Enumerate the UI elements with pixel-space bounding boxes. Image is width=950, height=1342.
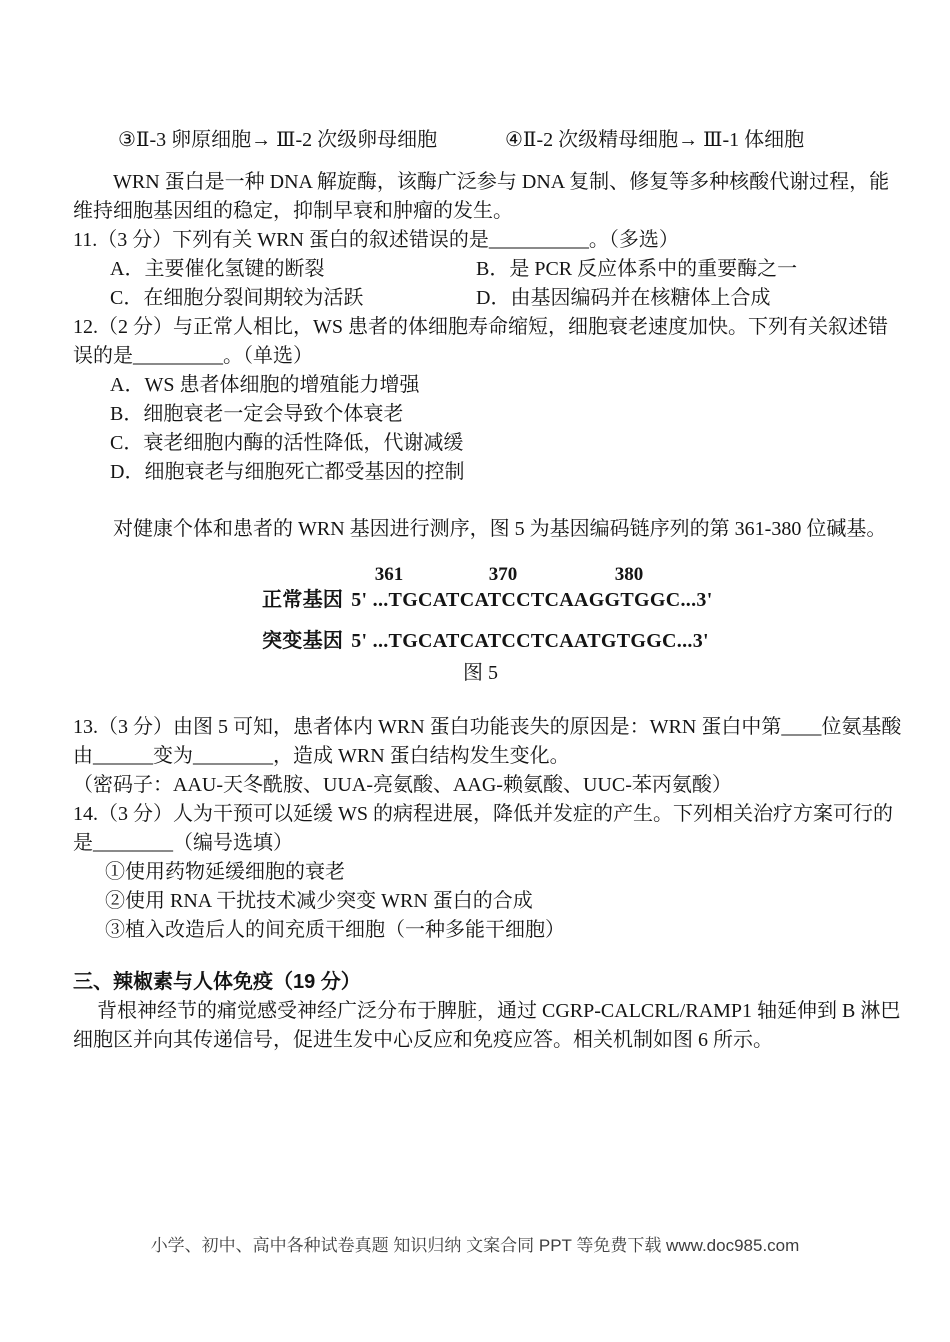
question-11-option-b: B．是 PCR 反应体系中的重要酶之一 — [476, 255, 868, 284]
question-13-line-2: 由______变为________，造成 WRN 蛋白结构发生变化。 — [73, 742, 868, 771]
question-11-options: A．主要催化氢键的断裂 B．是 PCR 反应体系中的重要酶之一 C．在细胞分裂间… — [110, 255, 868, 313]
question-14-item-2: ②使用 RNA 干扰技术减少突变 WRN 蛋白的合成 — [105, 887, 868, 916]
question-14-items: ①使用药物延缓细胞的衰老 ②使用 RNA 干扰技术减少突变 WRN 蛋白的合成 … — [105, 858, 868, 945]
section-3-para-line-1: 背根神经节的痛觉感受神经广泛分布于脾脏，通过 CGRP-CALCRL/RAMP1… — [73, 997, 868, 1026]
exam-document-page: ③Ⅱ-3 卵原细胞→ Ⅲ-2 次级卵母细胞 ④Ⅱ-2 次级精母细胞→ Ⅲ-1 体… — [0, 0, 950, 1342]
base-position-361: 361 — [375, 564, 404, 586]
normal-gene-sequence: 5' ...TGCATCATCCTCAAGGTGGC...3' — [351, 589, 712, 611]
question-11-option-a: A．主要催化氢键的断裂 — [110, 255, 476, 284]
question-12: 12.（2 分）与正常人相比，WS 患者的体细胞寿命缩短，细胞衰老速度加快。下列… — [73, 313, 868, 487]
base-position-380: 380 — [615, 564, 644, 586]
question-14-line-1: 14.（3 分）人为干预可以延缓 WS 的病程进展，降低并发症的产生。下列相关治… — [73, 800, 868, 829]
section-3-heading: 三、辣椒素与人体免疫（19 分） — [73, 968, 868, 997]
meiosis-option-line: ③Ⅱ-3 卵原细胞→ Ⅲ-2 次级卵母细胞 ④Ⅱ-2 次级精母细胞→ Ⅲ-1 体… — [73, 126, 868, 155]
wrn-intro-paragraph: WRN 蛋白是一种 DNA 解旋酶，该酶广泛参与 DNA 复制、修复等多种核酸代… — [73, 168, 868, 226]
section-3: 三、辣椒素与人体免疫（19 分） 背根神经节的痛觉感受神经广泛分布于脾脏，通过 … — [73, 968, 868, 1055]
normal-gene-label: 正常基因 — [262, 589, 343, 611]
question-13-codon-note: （密码子：AAU-天冬酰胺、UUA-亮氨酸、AAG-赖氨酸、UUC-苯丙氨酸） — [73, 771, 868, 800]
sequencing-intro: 对健康个体和患者的 WRN 基因进行测序，图 5 为基因编码链序列的第 361-… — [73, 515, 868, 544]
question-11-option-c: C．在细胞分裂间期较为活跃 — [110, 284, 476, 313]
question-11: 11.（3 分）下列有关 WRN 蛋白的叙述错误的是__________。（多选… — [73, 226, 868, 313]
question-12-stem-line-2: 误的是_________。（单选） — [73, 342, 868, 371]
question-14-line-2: 是________（编号选填） — [73, 829, 868, 858]
question-14-item-3: ③植入改造后人的间充质干细胞（一种多能干细胞） — [105, 916, 868, 945]
question-12-option-d: D．细胞衰老与细胞死亡都受基因的控制 — [110, 458, 868, 487]
mutant-gene-label: 突变基因 — [262, 630, 343, 652]
question-12-option-c: C．衰老细胞内酶的活性降低，代谢减缓 — [110, 429, 868, 458]
figure-5-caption: 图 5 — [73, 659, 868, 688]
meiosis-option-4: ④Ⅱ-2 次级精母细胞→ Ⅲ-1 体细胞 — [505, 126, 804, 155]
question-13-line-1: 13.（3 分）由图 5 可知，患者体内 WRN 蛋白功能丧失的原因是：WRN … — [73, 713, 868, 742]
question-12-option-b: B．细胞衰老一定会导致个体衰老 — [110, 400, 868, 429]
question-12-option-a: A．WS 患者体细胞的增殖能力增强 — [110, 371, 868, 400]
mutant-gene-sequence: 5' ...TGCATCATCCTCAATGTGGC...3' — [351, 630, 709, 652]
section-3-para-line-2: 细胞区并向其传递信号，促进生发中心反应和免疫应答。相关机制如图 6 所示。 — [73, 1026, 868, 1055]
question-14: 14.（3 分）人为干预可以延缓 WS 的病程进展，降低并发症的产生。下列相关治… — [73, 800, 868, 945]
base-position-370: 370 — [489, 564, 518, 586]
normal-gene-row: 正常基因5' ...TGCATCATCCTCAAGGTGGC...3' — [262, 586, 868, 615]
document-content: ③Ⅱ-3 卵原细胞→ Ⅲ-2 次级卵母细胞 ④Ⅱ-2 次级精母细胞→ Ⅲ-1 体… — [73, 126, 868, 1055]
section-3-paragraph: 背根神经节的痛觉感受神经广泛分布于脾脏，通过 CGRP-CALCRL/RAMP1… — [73, 997, 868, 1055]
footer-watermark: 小学、初中、高中各种试卷真题 知识归纳 文案合同 PPT 等免费下载 www.d… — [0, 1231, 950, 1256]
meiosis-option-3: ③Ⅱ-3 卵原细胞→ Ⅲ-2 次级卵母细胞 — [118, 126, 437, 155]
figure-5-base-positions: 361 370 380 — [262, 564, 868, 586]
question-11-stem: 11.（3 分）下列有关 WRN 蛋白的叙述错误的是__________。（多选… — [73, 226, 868, 255]
question-14-item-1: ①使用药物延缓细胞的衰老 — [105, 858, 868, 887]
question-11-option-d: D．由基因编码并在核糖体上合成 — [476, 284, 868, 313]
figure-5: 361 370 380 正常基因5' ...TGCATCATCCTCAAGGTG… — [262, 564, 868, 656]
question-13: 13.（3 分）由图 5 可知，患者体内 WRN 蛋白功能丧失的原因是：WRN … — [73, 713, 868, 800]
mutant-gene-row: 突变基因5' ...TGCATCATCCTCAATGTGGC...3' — [262, 627, 868, 656]
question-12-stem-line-1: 12.（2 分）与正常人相比，WS 患者的体细胞寿命缩短，细胞衰老速度加快。下列… — [73, 313, 868, 342]
wrn-intro-line-2: 维持细胞基因组的稳定，抑制早衰和肿瘤的发生。 — [73, 197, 868, 226]
question-12-options: A．WS 患者体细胞的增殖能力增强 B．细胞衰老一定会导致个体衰老 C．衰老细胞… — [110, 371, 868, 487]
wrn-intro-line-1: WRN 蛋白是一种 DNA 解旋酶，该酶广泛参与 DNA 复制、修复等多种核酸代… — [73, 168, 868, 197]
